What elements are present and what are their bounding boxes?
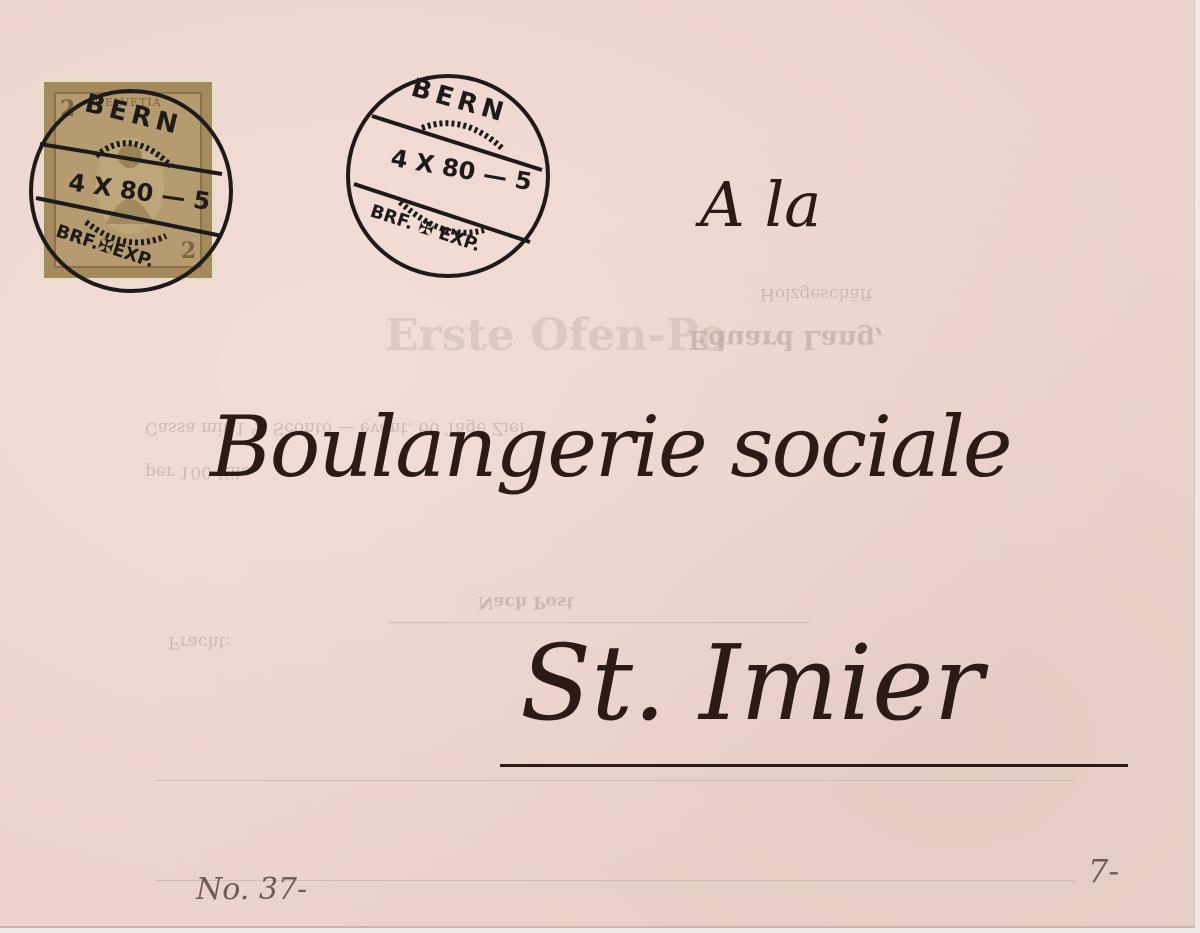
postmark-on-stamp: BERN 4 X 80 — 5 BRF.✠EXP. xyxy=(26,86,236,301)
postmark-dash: — xyxy=(481,160,509,192)
bleed-subtitle: Holzgeschäft xyxy=(760,284,873,304)
address-recipient: Boulangerie sociale xyxy=(210,398,1011,496)
bleed-post-label: Nach Post xyxy=(478,592,574,612)
pencil-number-note: No. 37- xyxy=(196,872,307,907)
swiss-cross-icon: ✠ xyxy=(415,216,436,241)
postmark-standalone: BERN 4 X 80 — 5 BRF. ✠ EXP. xyxy=(344,72,554,287)
postmark-dash: — xyxy=(160,181,188,212)
bleed-name: Eduard Lang, xyxy=(688,324,884,354)
address-destination: St. Imier xyxy=(520,622,983,744)
pencil-corner-note: 7- xyxy=(1088,852,1119,890)
envelope: Holzgeschäft Erste Ofen-Po Eduard Lang, … xyxy=(0,0,1195,928)
address-underline xyxy=(500,764,1128,767)
bleed-heading: Erste Ofen-Po xyxy=(385,310,727,361)
bleed-rule xyxy=(155,780,1075,781)
address-salutation: A la xyxy=(700,168,821,241)
bleed-fracht-label: Fracht: xyxy=(168,632,231,652)
